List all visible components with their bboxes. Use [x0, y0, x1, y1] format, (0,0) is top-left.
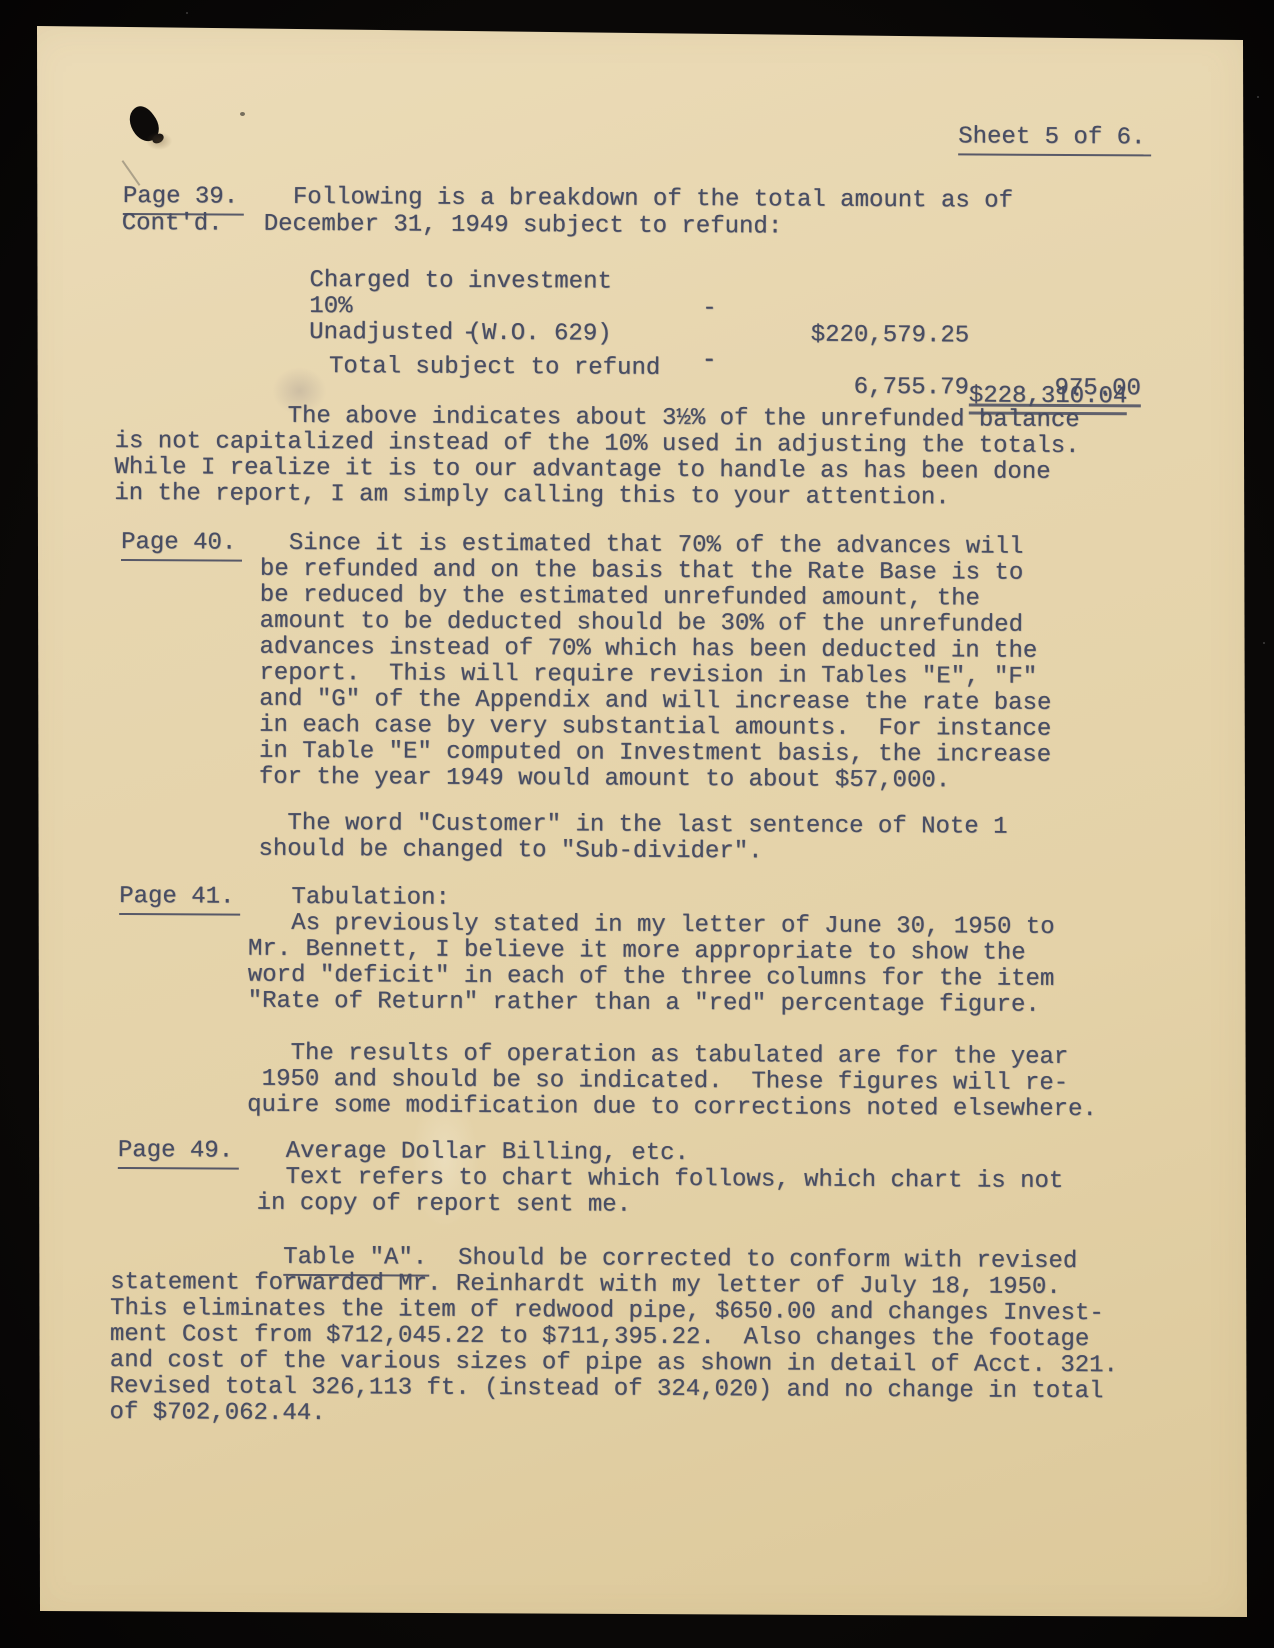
- page-49-label: Page 49.: [118, 1138, 239, 1165]
- page-39-contd-label: Cont'd.: [122, 211, 223, 238]
- row-amount: 6,755.79: [754, 374, 969, 401]
- page-49-line: Average Dollar Billing, etc.: [257, 1139, 689, 1167]
- page-39-label: Page 39.: [123, 184, 244, 211]
- page-39-intro-line-2: December 31, 1949 subject to refund:: [264, 212, 783, 241]
- scanned-page-background: Sheet 5 of 6. Page 39. Following is a br…: [0, 0, 1274, 1648]
- page-40-line: for the year 1949 would amount to about …: [259, 765, 950, 795]
- total-label: Total subject to refund: [329, 354, 660, 382]
- page-41-label: Page 41.: [119, 884, 240, 911]
- refund-table-row: Unadjusted (W.O. 629) - 975.00: [0, 292, 1273, 325]
- typewritten-content: Sheet 5 of 6. Page 39. Following is a br…: [0, 0, 1274, 1648]
- refund-table-total-row: Total subject to refund $228,310.04: [0, 326, 1273, 359]
- page-41-para2-line: quire some modification due to correctio…: [247, 1093, 1097, 1123]
- sheet-number-text: Sheet 5 of 6.: [958, 123, 1151, 156]
- table-a-line: of $702,062.44.: [109, 1400, 325, 1427]
- page-41-line: "Rate of Return" rather than a "red" per…: [248, 989, 1040, 1019]
- paragraph-line: in the report, I am simply calling this …: [114, 481, 949, 511]
- page-40-label: Page 40.: [121, 530, 242, 557]
- sheet-number-header: Sheet 5 of 6.: [958, 124, 1151, 151]
- page-40-para2-line: should be changed to "Sub-divider".: [258, 837, 762, 866]
- page-49-line: in copy of report sent me.: [257, 1191, 632, 1219]
- page-39-intro-line-1: Following is a breakdown of the total am…: [293, 185, 1013, 215]
- page-41-line: Tabulation:: [248, 885, 450, 912]
- indent: [110, 1243, 283, 1271]
